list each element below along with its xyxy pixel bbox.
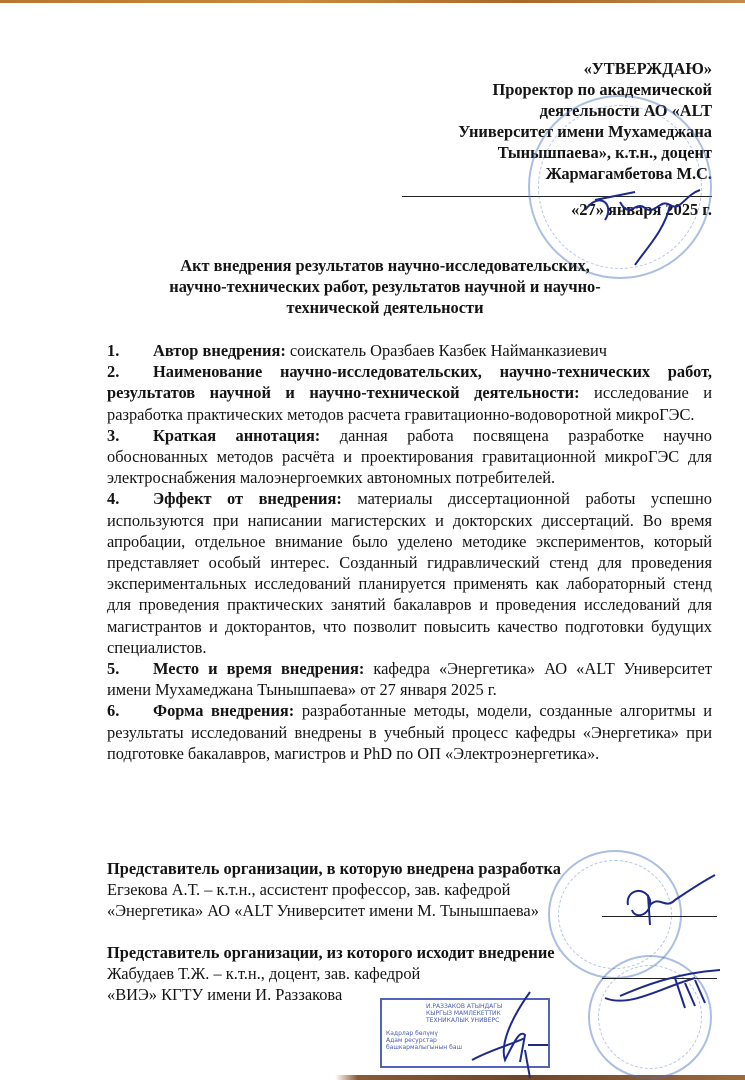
- item-label: Эффект от внедрения:: [153, 489, 342, 508]
- item-number: 2.: [107, 361, 153, 382]
- item-form: 6.Форма внедрения: разработанные методы,…: [107, 700, 712, 764]
- item-text: соискатель Оразбаев Казбек Найманказиеви…: [286, 341, 607, 360]
- source-signature-icon: [600, 968, 730, 1018]
- item-effect: 4.Эффект от внедрения: материалы диссерт…: [107, 488, 712, 658]
- item-number: 4.: [107, 488, 153, 509]
- item-number: 5.: [107, 658, 153, 679]
- item-number: 3.: [107, 425, 153, 446]
- document-page: «УТВЕРЖДАЮ» Проректор по академической д…: [0, 0, 745, 1080]
- item-annotation: 3.Краткая аннотация: данная работа посвя…: [107, 425, 712, 489]
- scan-edge-top: [0, 0, 745, 3]
- item-author: 1.Автор внедрения: соискатель Оразбаев К…: [107, 340, 712, 361]
- item-number: 6.: [107, 700, 153, 721]
- representative-heading: Представитель организации, из которого и…: [107, 942, 717, 963]
- kgtu-signature-icon: [470, 990, 550, 1080]
- item-work-name: 2.Наименование научно-исследовательских,…: [107, 361, 712, 425]
- item-label: Место и время внедрения:: [153, 659, 364, 678]
- item-place-time: 5.Место и время внедрения: кафедра «Энер…: [107, 658, 712, 700]
- approval-line: Проректор по академической: [382, 79, 712, 100]
- item-label: Краткая аннотация:: [153, 426, 320, 445]
- document-body: 1.Автор внедрения: соискатель Оразбаев К…: [107, 340, 712, 764]
- item-label: Форма внедрения:: [153, 701, 294, 720]
- document-title: Акт внедрения результатов научно-исследо…: [150, 255, 620, 318]
- recipient-signature-icon: [620, 875, 720, 935]
- approval-heading: «УТВЕРЖДАЮ»: [382, 58, 712, 79]
- item-label: Автор внедрения:: [153, 341, 286, 360]
- item-text: материалы диссертационной работы успешно…: [107, 489, 712, 656]
- item-number: 1.: [107, 340, 153, 361]
